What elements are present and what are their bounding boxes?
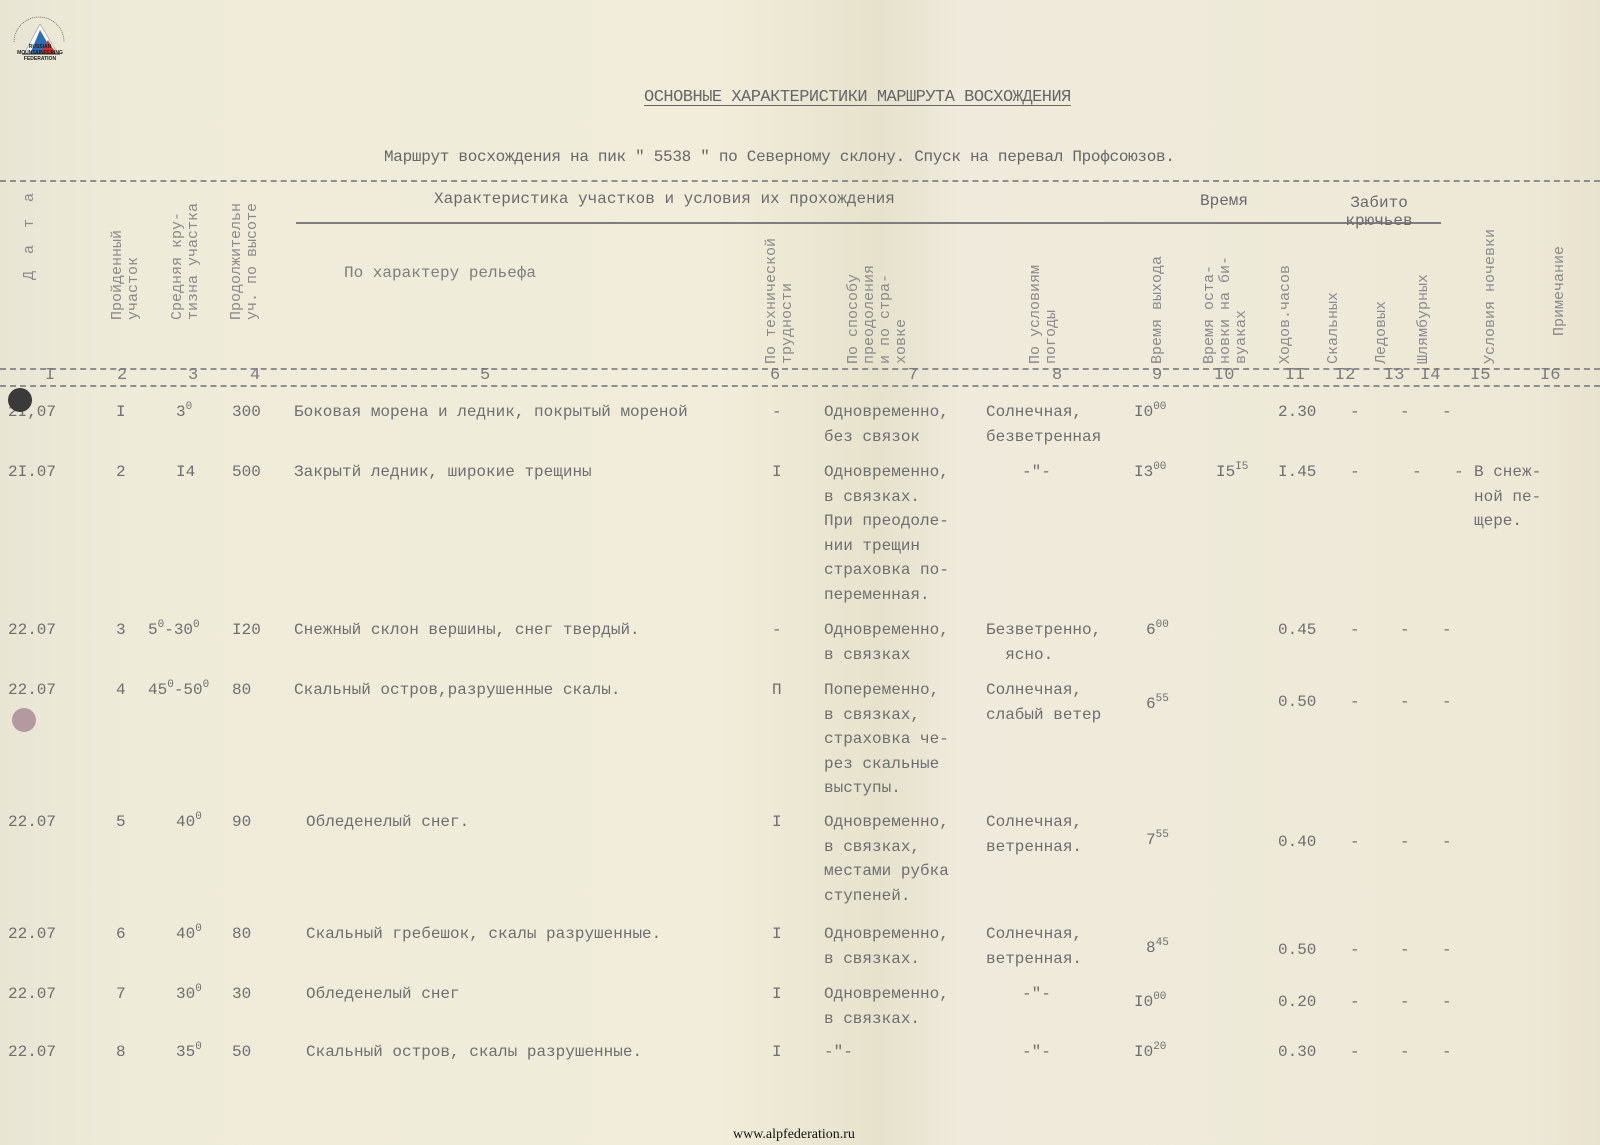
column-number-rule [0, 385, 1600, 387]
cell-relief: Боковая морена и ледник, покрытый морено… [294, 400, 688, 425]
column-header-method: По способу преодоления и по стра- ховке [846, 240, 910, 364]
cell-ice-pitons: - [1400, 1040, 1410, 1065]
cell-section: 6 [116, 922, 126, 947]
column-number: 9 [1152, 366, 1162, 385]
cell-difficulty: I [772, 1040, 782, 1065]
cell-difficulty: I [772, 982, 782, 1007]
cell-walking-hours: 0.30 [1278, 1040, 1316, 1065]
cell-relief: Снежный склон вершины, снег твердый. [294, 618, 640, 643]
cell-bolt-pitons: - [1442, 1040, 1452, 1065]
cell-steepness: 300 [176, 982, 202, 1007]
cell-relief: Обледенелый снег. [306, 810, 469, 835]
column-header-ice-pitons: Ледовых [1374, 290, 1390, 364]
column-number: I5 [1470, 366, 1490, 385]
column-header-relief: По характеру рельефа [344, 264, 536, 282]
cell-method: Одновременно, в связках. При преодоле- н… [824, 460, 949, 607]
cell-walking-hours: I.45 [1278, 460, 1316, 485]
cell-section: 8 [116, 1040, 126, 1065]
cell-steepness: 450-500 [148, 678, 209, 703]
column-number: I3 [1384, 366, 1404, 385]
cell-weather: -"- [1022, 460, 1051, 485]
punch-hole [8, 388, 32, 412]
cell-length: 50 [232, 1040, 251, 1065]
column-header-walking-hours: Ходов.часов [1278, 240, 1294, 364]
document-subtitle: Маршрут восхождения на пик " 5538 " по С… [384, 148, 1175, 166]
column-header-bolt-pitons: Шлямбурных [1416, 258, 1432, 364]
cell-weather: Солнечная, слабый ветер [986, 678, 1101, 727]
cell-walking-hours: 0.50 [1278, 690, 1316, 715]
cell-relief: Обледенелый снег [306, 982, 460, 1007]
cell-method: Одновременно, в связках [824, 618, 949, 667]
footer-url[interactable]: www.alpfederation.ru [733, 1127, 855, 1143]
cell-length: 80 [232, 922, 251, 947]
cell-bolt-pitons: - [1454, 460, 1464, 485]
cell-method: -"- [824, 1040, 853, 1065]
cell-section: 2 [116, 460, 126, 485]
cell-method: Одновременно, в связках. [824, 982, 949, 1031]
column-number: 2 [117, 366, 127, 385]
cell-date: 22.07 [8, 982, 56, 1007]
cell-rock-pitons: - [1350, 618, 1360, 643]
cell-rock-pitons: - [1350, 990, 1360, 1015]
column-number: 6 [770, 366, 780, 385]
cell-length: 90 [232, 810, 251, 835]
cell-method: Попеременно, в связках, страховка че- ре… [824, 678, 949, 801]
cell-start-time: 655 [1146, 692, 1169, 717]
column-header-date: Д а т а [22, 190, 38, 280]
cell-ice-pitons: - [1400, 990, 1410, 1015]
cell-rock-pitons: - [1350, 938, 1360, 963]
column-header-section: Пройденный участок [110, 205, 142, 320]
cell-walking-hours: 2.30 [1278, 400, 1316, 425]
cell-weather: Безветренно, ясно. [986, 618, 1101, 667]
column-number: 3 [188, 366, 198, 385]
cell-relief: Скальный остров,разрушенные скалы. [294, 678, 620, 703]
column-number: 8 [1052, 366, 1062, 385]
cell-bolt-pitons: - [1442, 830, 1452, 855]
cell-difficulty: I [772, 460, 782, 485]
cell-start-time: 845 [1146, 936, 1169, 961]
cell-start-time: 755 [1146, 828, 1169, 853]
cell-start-time: 600 [1146, 618, 1169, 643]
cell-section: 5 [116, 810, 126, 835]
cell-bolt-pitons: - [1442, 400, 1452, 425]
cell-difficulty: - [772, 400, 782, 425]
cell-method: Одновременно, в связках. [824, 922, 949, 971]
group-header-characteristics: Характеристика участков и условия их про… [434, 190, 895, 208]
cell-method: Одновременно, без связок [824, 400, 949, 449]
group-header-time: Время [1200, 192, 1248, 210]
punch-hole [12, 708, 36, 732]
cell-ice-pitons: - [1400, 938, 1410, 963]
cell-ice-pitons: - [1400, 400, 1410, 425]
document-title: ОСНОВНЫЕ ХАРАКТЕРИСТИКИ МАРШРУТА ВОСХОЖД… [644, 88, 1071, 107]
cell-difficulty: I [772, 922, 782, 947]
column-header-weather: По условиям погоды [1028, 240, 1060, 364]
cell-length: 500 [232, 460, 261, 485]
cell-walking-hours: 0.20 [1278, 990, 1316, 1015]
cell-date: 22.07 [8, 1040, 56, 1065]
cell-difficulty: I [772, 810, 782, 835]
table-top-rule [0, 180, 1600, 182]
cell-difficulty: - [772, 618, 782, 643]
column-header-length: Продолжительн уч. по высоте [229, 185, 261, 320]
cell-ice-pitons: - [1400, 618, 1410, 643]
cell-relief: Закрытй ледник, широкие трещины [294, 460, 592, 485]
cell-rock-pitons: - [1350, 690, 1360, 715]
cell-length: 80 [232, 678, 251, 703]
column-number: I6 [1540, 366, 1560, 385]
cell-date: 22.07 [8, 922, 56, 947]
cell-start-time: I300 [1134, 460, 1166, 485]
cell-date: 22.07 [8, 810, 56, 835]
cell-section: 4 [116, 678, 126, 703]
cell-overnight: В снеж- ной пе- щере. [1474, 460, 1541, 534]
cell-weather: Солнечная, ветренная. [986, 810, 1082, 859]
column-number: 5 [480, 366, 490, 385]
cell-walking-hours: 0.40 [1278, 830, 1316, 855]
cell-rock-pitons: - [1350, 460, 1360, 485]
cell-steepness: 400 [176, 810, 202, 835]
column-header-difficulty: По технической трудности [764, 218, 796, 364]
cell-relief: Скальный гребешок, скалы разрушенные. [306, 922, 661, 947]
cell-length: I20 [232, 618, 261, 643]
logo-line-3: FEDERATION [12, 56, 68, 62]
group-header-pitons: Забито крючьев [1324, 194, 1434, 230]
cell-walking-hours: 0.45 [1278, 618, 1316, 643]
cell-steepness: 30 [176, 400, 192, 425]
cell-weather: -"- [1022, 1040, 1051, 1065]
cell-section: 3 [116, 618, 126, 643]
column-header-notes: Примечание [1552, 228, 1568, 336]
cell-start-time: I000 [1134, 990, 1166, 1015]
column-header-start-time: Время выхода [1150, 236, 1166, 364]
cell-ice-pitons: - [1412, 460, 1422, 485]
cell-relief: Скальный остров, скалы разрушенные. [306, 1040, 642, 1065]
cell-date: 2I.07 [8, 460, 56, 485]
cell-difficulty: П [772, 678, 782, 703]
logo-caption: RUSSIAN MOUNTAINEERING FEDERATION [12, 44, 68, 62]
cell-steepness: 400 [176, 922, 202, 947]
cell-rock-pitons: - [1350, 1040, 1360, 1065]
column-number: 7 [908, 366, 918, 385]
cell-ice-pitons: - [1400, 690, 1410, 715]
cell-steepness: I4 [176, 460, 195, 485]
cell-weather: -"- [1022, 982, 1051, 1007]
cell-bolt-pitons: - [1442, 938, 1452, 963]
cell-bolt-pitons: - [1442, 990, 1452, 1015]
cell-length: 30 [232, 982, 251, 1007]
column-header-overnight: Условия ночевки [1483, 206, 1499, 364]
cell-weather: Солнечная, ветренная. [986, 922, 1082, 971]
cell-start-time: I000 [1134, 400, 1166, 425]
column-number: I4 [1420, 366, 1440, 385]
column-header-rock-pitons: Скальных [1326, 280, 1342, 364]
cell-start-time: I020 [1134, 1040, 1166, 1065]
cell-steepness: 350 [176, 1040, 202, 1065]
cell-method: Одновременно, в связках, местами рубка с… [824, 810, 949, 908]
cell-rock-pitons: - [1350, 830, 1360, 855]
header-bottom-rule [0, 368, 1600, 370]
cell-section: I [116, 400, 126, 425]
cell-section: 7 [116, 982, 126, 1007]
column-number: I [45, 366, 55, 385]
cell-date: 22.07 [8, 618, 56, 643]
column-header-steepness: Средняя кру- тизна участка [170, 185, 202, 320]
column-number: I0 [1214, 366, 1234, 385]
column-header-bivouac-time: Время оста- новки на би- вуаках [1202, 236, 1250, 364]
cell-bolt-pitons: - [1442, 690, 1452, 715]
cell-bolt-pitons: - [1442, 618, 1452, 643]
column-number: 4 [250, 366, 260, 385]
cell-date: 22.07 [8, 678, 56, 703]
group-header-underline [296, 222, 1441, 224]
cell-length: 300 [232, 400, 261, 425]
column-number: I2 [1335, 366, 1355, 385]
cell-walking-hours: 0.50 [1278, 938, 1316, 963]
cell-ice-pitons: - [1400, 830, 1410, 855]
cell-steepness: 50-300 [148, 618, 200, 643]
cell-bivouac-time: I5I5 [1216, 460, 1248, 485]
column-number: II [1285, 366, 1305, 385]
cell-weather: Солнечная, безветренная [986, 400, 1101, 449]
cell-rock-pitons: - [1350, 400, 1360, 425]
